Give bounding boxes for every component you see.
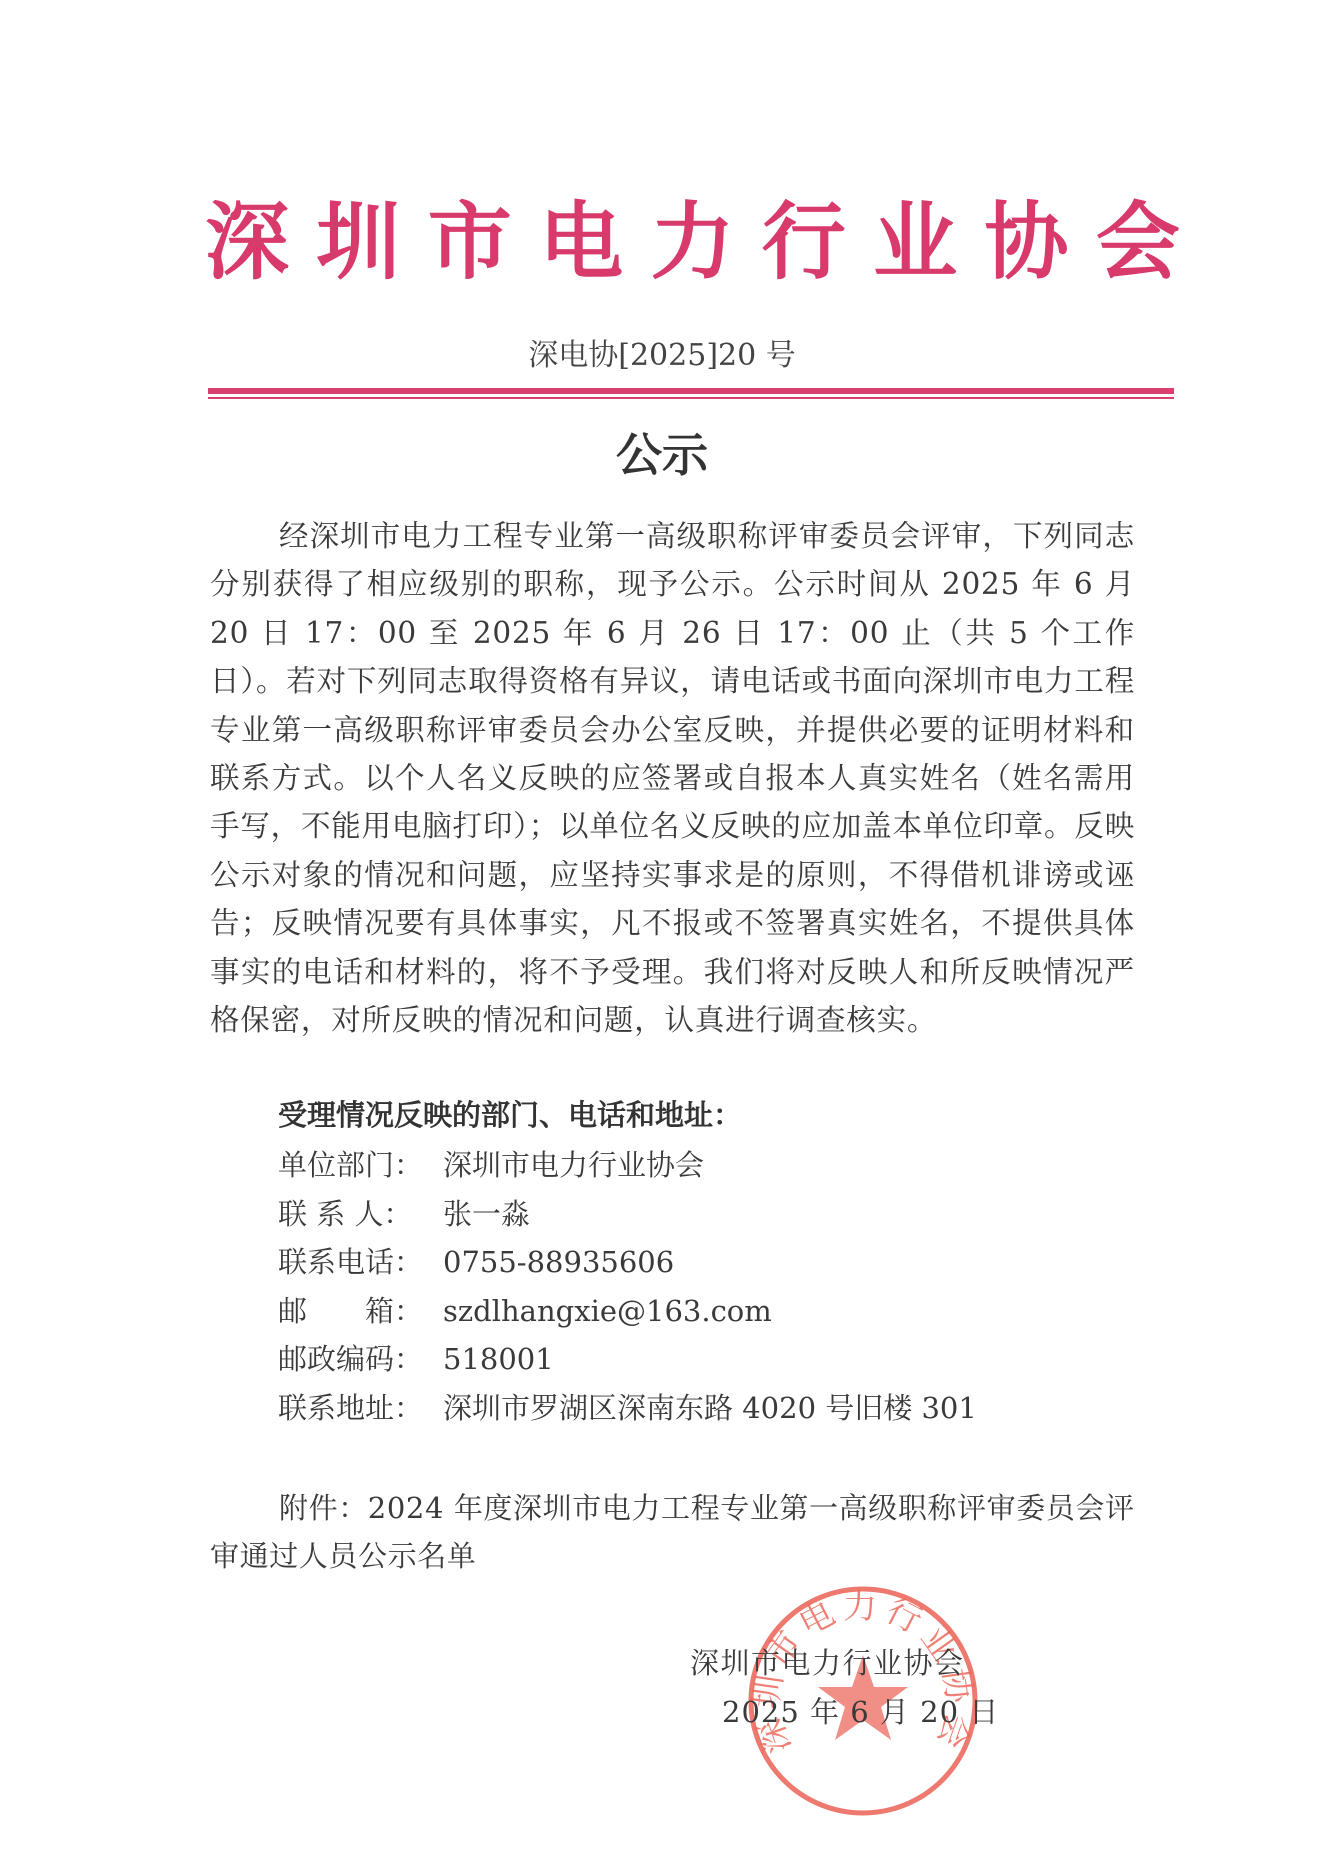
masthead-char: 圳	[316, 192, 400, 292]
contact-row-person: 联 系 人： 张一淼	[278, 1190, 977, 1239]
document-number: 深电协[2025]20 号	[0, 336, 1324, 376]
contact-value: 深圳市电力行业协会	[443, 1141, 704, 1190]
contact-label: 单位部门：	[278, 1141, 443, 1190]
signature-organization: 深圳市电力行业协会	[690, 1643, 965, 1683]
attachment-note: 附件：2024 年度深圳市电力工程专业第一高级职称评审委员会评审通过人员公示名单	[210, 1484, 1135, 1580]
contact-label: 联系电话：	[278, 1238, 443, 1287]
contact-value: 深圳市罗湖区深南东路 4020 号旧楼 301	[443, 1384, 977, 1433]
body-paragraph: 经深圳市电力工程专业第一高级职称评审委员会评审，下列同志分别获得了相应级别的职称…	[210, 512, 1135, 1044]
contact-list: 单位部门： 深圳市电力行业协会 联 系 人： 张一淼 联系电话： 0755-88…	[278, 1141, 977, 1432]
contact-row-phone: 联系电话： 0755-88935606	[278, 1238, 977, 1287]
contact-row-email: 邮 箱： szdlhangxie@163.com	[278, 1287, 977, 1336]
red-divider-thick	[208, 388, 1174, 394]
masthead-char: 业	[873, 192, 957, 292]
contact-heading: 受理情况反映的部门、电话和地址：	[278, 1095, 742, 1135]
masthead-char: 力	[650, 192, 734, 292]
contact-row-address: 联系地址： 深圳市罗湖区深南东路 4020 号旧楼 301	[278, 1384, 977, 1433]
page-title: 公示	[0, 425, 1324, 485]
contact-row-department: 单位部门： 深圳市电力行业协会	[278, 1141, 977, 1190]
contact-label: 邮 箱：	[278, 1287, 443, 1336]
contact-label: 联系地址：	[278, 1384, 443, 1433]
masthead-char: 市	[428, 192, 512, 292]
masthead-organization-name: 深 圳 市 电 力 行 业 协 会	[205, 192, 1180, 292]
masthead-char: 电	[539, 192, 623, 292]
contact-value: 518001	[443, 1335, 554, 1384]
masthead-char: 会	[1096, 192, 1180, 292]
red-divider-thin	[208, 397, 1174, 399]
contact-value: 张一淼	[443, 1190, 530, 1239]
contact-label: 邮政编码：	[278, 1335, 443, 1384]
contact-value: szdlhangxie@163.com	[443, 1287, 772, 1336]
masthead-char: 行	[762, 192, 846, 292]
signature-date: 2025 年 6 月 20 日	[722, 1692, 999, 1732]
masthead-char: 深	[205, 192, 289, 292]
contact-row-postcode: 邮政编码： 518001	[278, 1335, 977, 1384]
contact-value: 0755-88935606	[443, 1238, 674, 1287]
contact-label: 联 系 人：	[278, 1190, 443, 1239]
masthead-char: 协	[985, 192, 1069, 292]
